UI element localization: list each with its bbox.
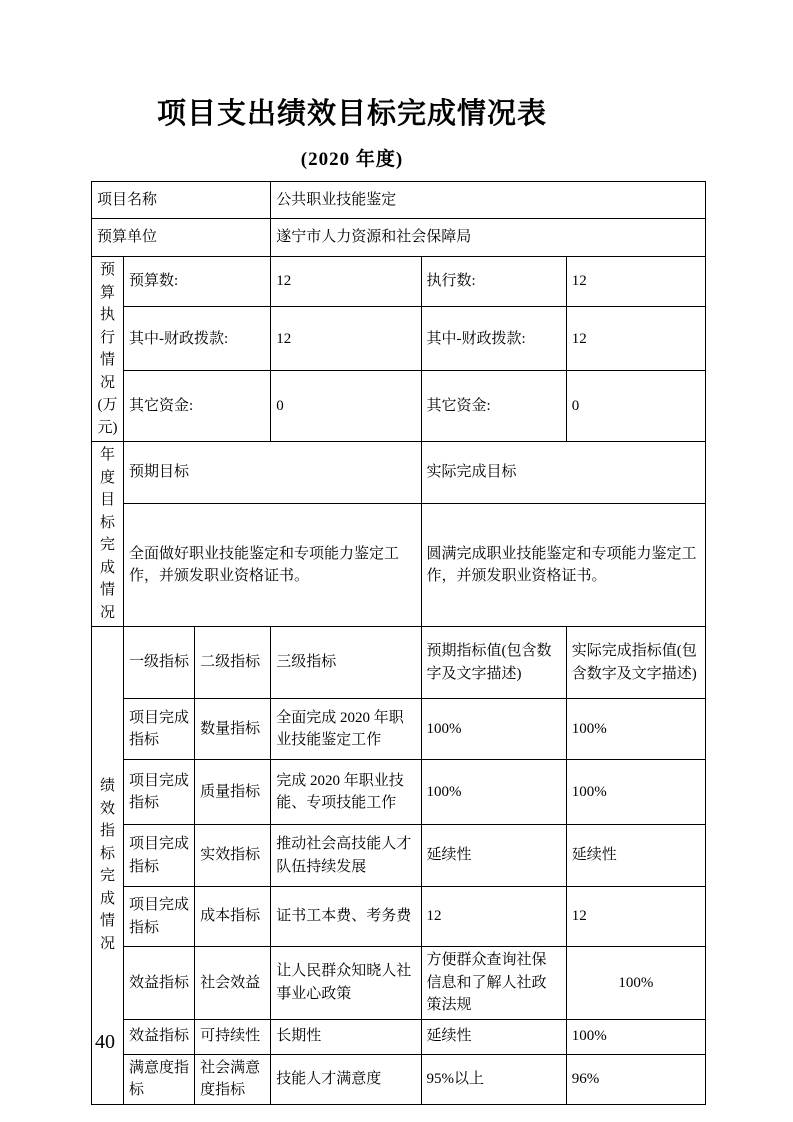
- indicator-actual-value: 延续性: [566, 825, 705, 887]
- budget-row-value: 0: [566, 371, 705, 442]
- budget-unit-label: 预算单位: [92, 219, 271, 257]
- indicator-actual-value: 100%: [566, 947, 705, 1020]
- indicator-level2: 社会效益: [195, 947, 271, 1020]
- indicator-level2: 实效指标: [195, 825, 271, 887]
- indicator-level3: 技能人才满意度: [271, 1054, 421, 1104]
- actual-target-text: 圆满完成职业技能鉴定和专项能力鉴定工作，并颁发职业资格证书。: [421, 504, 706, 627]
- annual-target-section-label: 年度目标完成情况: [92, 442, 124, 627]
- title-block: 项目支出绩效目标完成情况表 (2020 年度): [90, 96, 614, 171]
- indicator-level2: 成本指标: [195, 887, 271, 947]
- column-header-level1: 一级指标: [124, 627, 195, 699]
- budget-row-value: 12: [566, 307, 705, 371]
- indicator-level2: 数量指标: [195, 699, 271, 760]
- budget-row-label: 其它资金:: [421, 371, 566, 442]
- indicator-level3: 证书工本费、考务费: [271, 887, 421, 947]
- indicator-level1: 项目完成指标: [124, 699, 195, 760]
- indicator-actual-value: 100%: [566, 699, 705, 760]
- table-row: 项目完成指标 成本指标 证书工本费、考务费 12 12: [92, 887, 706, 947]
- table-row: 项目完成指标 实效指标 推动社会高技能人才队伍持续发展 延续性 延续性: [92, 825, 706, 887]
- budget-row-label: 执行数:: [421, 257, 566, 307]
- indicator-level2: 质量指标: [195, 760, 271, 825]
- indicator-expected-value: 100%: [421, 760, 566, 825]
- column-header-expected: 预期指标值(包含数字及文字描述): [421, 627, 566, 699]
- page-subtitle: (2020 年度): [90, 144, 614, 171]
- document-page: 项目支出绩效目标完成情况表 (2020 年度) 项目名称 公共职业技能鉴定 预算…: [0, 0, 793, 1122]
- page-number: 40: [95, 1031, 115, 1054]
- table-row: 项目完成指标 数量指标 全面完成 2020 年职业技能鉴定工作 100% 100…: [92, 699, 706, 760]
- indicator-level1: 项目完成指标: [124, 887, 195, 947]
- indicator-expected-value: 方便群众查询社保信息和了解人社政策法规: [421, 947, 566, 1020]
- budget-row-value: 12: [271, 257, 421, 307]
- indicator-level3: 推动社会高技能人才队伍持续发展: [271, 825, 421, 887]
- budget-row-label: 其它资金:: [124, 371, 271, 442]
- project-name-value: 公共职业技能鉴定: [271, 182, 706, 219]
- table-row: 年度目标完成情况 预期目标 实际完成目标: [92, 442, 706, 504]
- indicator-level3: 让人民群众知晓人社事业心政策: [271, 947, 421, 1020]
- indicator-level3: 长期性: [271, 1019, 421, 1054]
- page-title: 项目支出绩效目标完成情况表: [90, 96, 614, 132]
- table-row: 其它资金: 0 其它资金: 0: [92, 371, 706, 442]
- indicator-level1: 满意度指标: [124, 1054, 195, 1104]
- indicator-expected-value: 100%: [421, 699, 566, 760]
- column-header-level3: 三级指标: [271, 627, 421, 699]
- table-row: 预算执行情况(万元) 预算数: 12 执行数: 12: [92, 257, 706, 307]
- indicator-level1: 效益指标: [124, 947, 195, 1020]
- table-row: 满意度指标 社会满意度指标 技能人才满意度 95%以上 96%: [92, 1054, 706, 1104]
- indicator-expected-value: 12: [421, 887, 566, 947]
- indicator-level1: 项目完成指标: [124, 760, 195, 825]
- budget-row-label: 其中-财政拨款:: [421, 307, 566, 371]
- column-header-level2: 二级指标: [195, 627, 271, 699]
- column-header-actual: 实际完成指标值(包含数字及文字描述): [566, 627, 705, 699]
- indicator-actual-value: 12: [566, 887, 705, 947]
- indicator-level2: 社会满意度指标: [195, 1054, 271, 1104]
- actual-target-header: 实际完成目标: [421, 442, 706, 504]
- expected-target-text: 全面做好职业技能鉴定和专项能力鉴定工作，并颁发职业资格证书。: [124, 504, 421, 627]
- budget-unit-value: 遂宁市人力资源和社会保障局: [271, 219, 706, 257]
- table-row: 项目完成指标 质量指标 完成 2020 年职业技能、专项技能工作 100% 10…: [92, 760, 706, 825]
- budget-row-label: 其中-财政拨款:: [124, 307, 271, 371]
- budget-row-value: 12: [271, 307, 421, 371]
- budget-row-value: 12: [566, 257, 705, 307]
- indicator-actual-value: 96%: [566, 1054, 705, 1104]
- indicator-level3: 完成 2020 年职业技能、专项技能工作: [271, 760, 421, 825]
- performance-target-table: 项目名称 公共职业技能鉴定 预算单位 遂宁市人力资源和社会保障局 预算执行情况(…: [91, 181, 706, 1105]
- table-row: 全面做好职业技能鉴定和专项能力鉴定工作，并颁发职业资格证书。 圆满完成职业技能鉴…: [92, 504, 706, 627]
- indicator-level1: 项目完成指标: [124, 825, 195, 887]
- budget-section-label: 预算执行情况(万元): [92, 257, 124, 442]
- indicator-expected-value: 95%以上: [421, 1054, 566, 1104]
- indicator-level1: 效益指标: [124, 1019, 195, 1054]
- indicator-level2: 可持续性: [195, 1019, 271, 1054]
- indicator-expected-value: 延续性: [421, 825, 566, 887]
- project-name-label: 项目名称: [92, 182, 271, 219]
- indicator-actual-value: 100%: [566, 760, 705, 825]
- indicator-actual-value: 100%: [566, 1019, 705, 1054]
- table-row: 项目名称 公共职业技能鉴定: [92, 182, 706, 219]
- budget-row-label: 预算数:: [124, 257, 271, 307]
- table-row: 预算单位 遂宁市人力资源和社会保障局: [92, 219, 706, 257]
- table-row: 其中-财政拨款: 12 其中-财政拨款: 12: [92, 307, 706, 371]
- budget-row-value: 0: [271, 371, 421, 442]
- table-row: 效益指标 社会效益 让人民群众知晓人社事业心政策 方便群众查询社保信息和了解人社…: [92, 947, 706, 1020]
- indicator-level3: 全面完成 2020 年职业技能鉴定工作: [271, 699, 421, 760]
- table-row: 效益指标 可持续性 长期性 延续性 100%: [92, 1019, 706, 1054]
- expected-target-header: 预期目标: [124, 442, 421, 504]
- indicator-expected-value: 延续性: [421, 1019, 566, 1054]
- table-row: 绩效指标完成情况 一级指标 二级指标 三级指标 预期指标值(包含数字及文字描述)…: [92, 627, 706, 699]
